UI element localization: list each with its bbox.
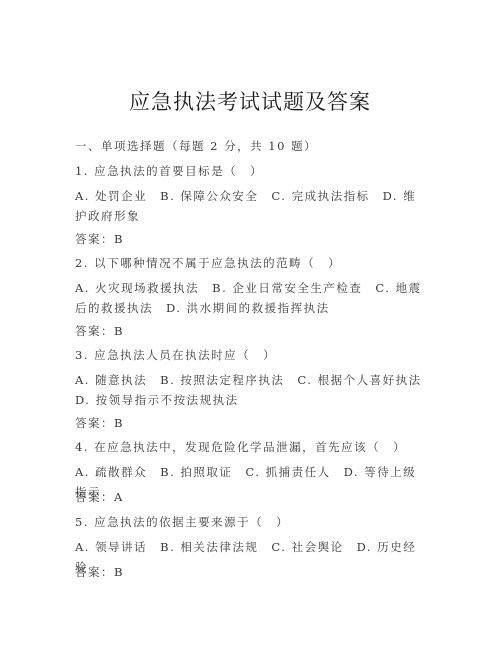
section-heading: 一、单项选择题（每题 2 分，共 10 题） <box>75 136 427 156</box>
answer-2: 答案：B <box>75 321 427 341</box>
answer-1: 答案：B <box>75 229 427 249</box>
answer-3: 答案：B <box>75 413 427 433</box>
answer-4: 答案：A <box>75 487 427 507</box>
question-4: 4. 在应急执法中，发现危险化学品泄漏，首先应该（ ） <box>75 437 427 457</box>
document-title: 应急执法考试试题及答案 <box>0 86 500 116</box>
options-3: A. 随意执法 B. 按照法定程序执法 C. 根据个人喜好执法 D. 按领导指示… <box>75 370 427 410</box>
question-3: 3. 应急执法人员在执法时应（ ） <box>75 345 427 365</box>
options-1: A. 处罚企业 B. 保障公众安全 C. 完成执法指标 D. 维护政府形象 <box>75 186 427 226</box>
answer-5: 答案：B <box>75 562 427 582</box>
question-2: 2. 以下哪种情况不属于应急执法的范畴（ ） <box>75 253 427 273</box>
question-1: 1. 应急执法的首要目标是（ ） <box>75 161 427 181</box>
question-5: 5. 应急执法的依据主要来源于（ ） <box>75 512 427 532</box>
options-2: A. 火灾现场救援执法 B. 企业日常安全生产检查 C. 地震后的救援执法 D.… <box>75 278 427 318</box>
